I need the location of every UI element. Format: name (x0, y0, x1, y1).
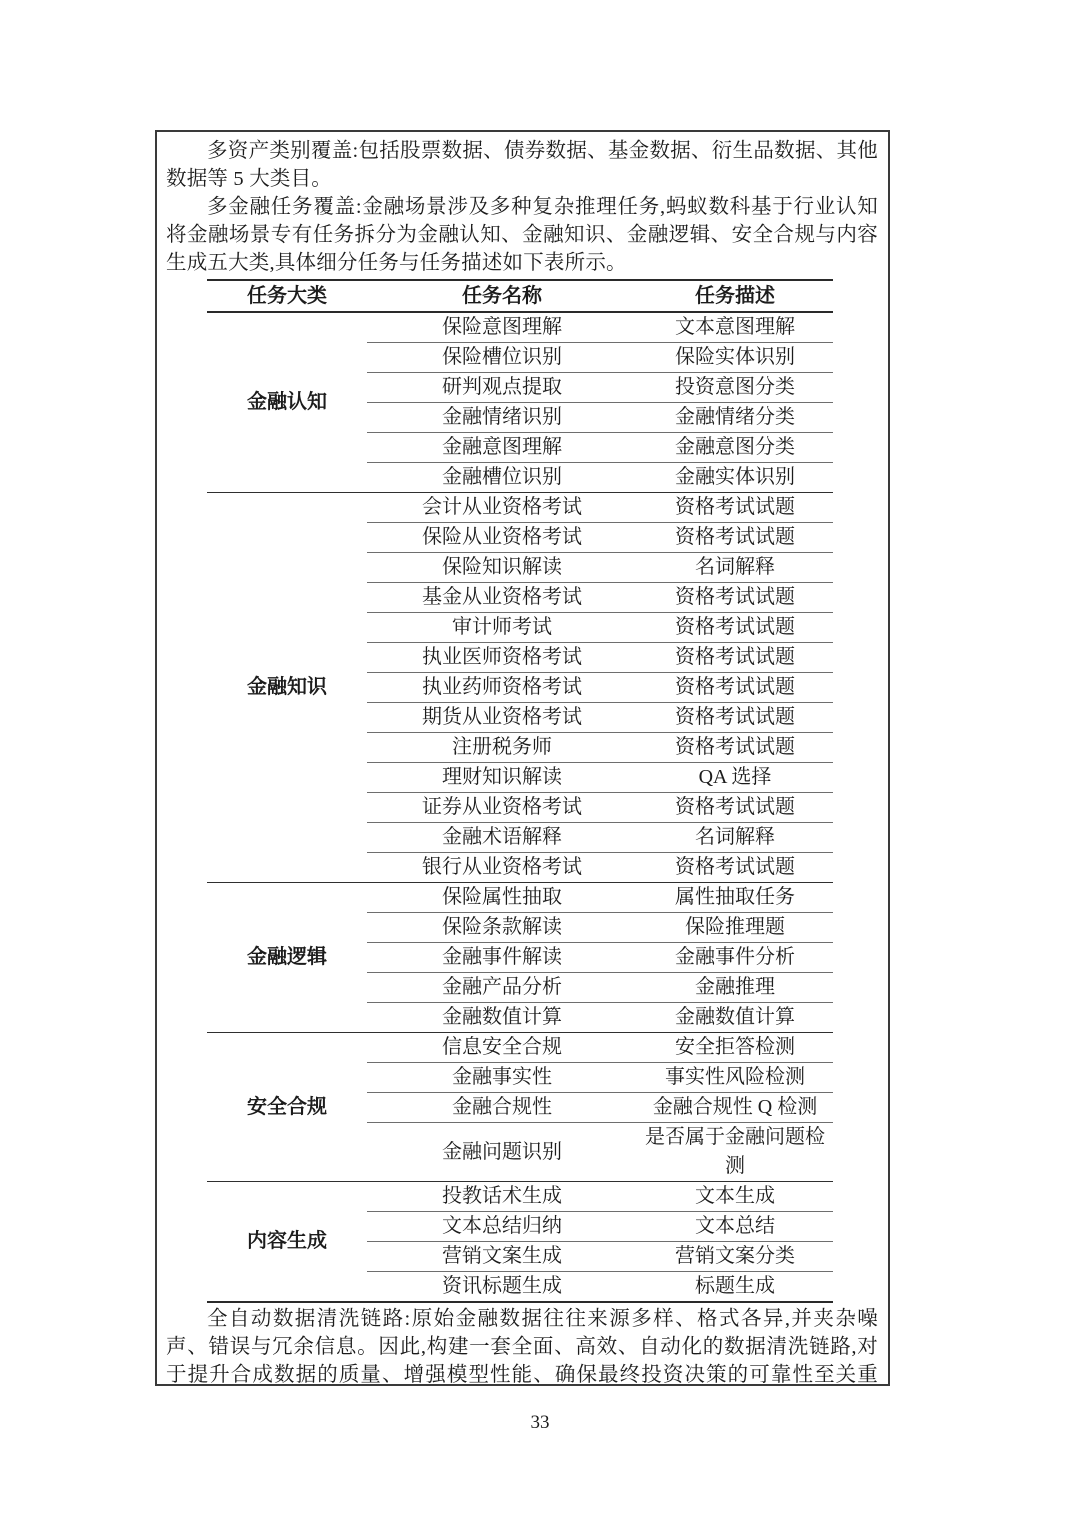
task-description-cell: 名词解释 (637, 823, 833, 853)
paragraph-lead: 全自动数据清洗链路: (207, 1308, 410, 1330)
task-name-cell: 保险槽位识别 (367, 343, 637, 373)
document-page: 多资产类别覆盖:包括股票数据、债券数据、基金数据、衍生品数据、其他数据等 5 大… (0, 0, 1080, 1526)
table-row: 内容生成投教话术生成文本生成 (207, 1182, 833, 1212)
task-name-cell: 证券从业资格考试 (367, 793, 637, 823)
task-description-cell: 资格考试试题 (637, 613, 833, 643)
table-header-row: 任务大类 任务名称 任务描述 (207, 280, 833, 312)
task-name-cell: 资讯标题生成 (367, 1272, 637, 1303)
task-description-cell: 资格考试试题 (637, 523, 833, 553)
task-description-cell: 资格考试试题 (637, 793, 833, 823)
paragraph-lead: 多资产类别覆盖: (207, 140, 358, 162)
task-name-cell: 文本总结归纳 (367, 1212, 637, 1242)
table-row: 安全合规信息安全合规安全拒答检测 (207, 1033, 833, 1063)
task-description-cell: 名词解释 (637, 553, 833, 583)
task-table: 任务大类 任务名称 任务描述 金融认知保险意图理解文本意图理解保险槽位识别保险实… (207, 279, 833, 1303)
task-name-cell: 金融产品分析 (367, 973, 637, 1003)
header-task-description: 任务描述 (637, 280, 833, 312)
task-category-cell: 金融知识 (207, 493, 367, 883)
table-row: 金融逻辑保险属性抽取属性抽取任务 (207, 883, 833, 913)
task-description-cell: 金融数值计算 (637, 1003, 833, 1033)
paragraph-task-coverage: 多金融任务覆盖:金融场景涉及多种复杂推理任务,蚂蚁数科基于行业认知将金融场景专有… (166, 193, 878, 277)
task-name-cell: 保险从业资格考试 (367, 523, 637, 553)
task-name-cell: 金融事件解读 (367, 943, 637, 973)
task-description-cell: 资格考试试题 (637, 703, 833, 733)
task-name-cell: 保险知识解读 (367, 553, 637, 583)
task-description-cell: 资格考试试题 (637, 583, 833, 613)
task-description-cell: 安全拒答检测 (637, 1033, 833, 1063)
task-description-cell: QA 选择 (637, 763, 833, 793)
task-name-cell: 金融意图理解 (367, 433, 637, 463)
task-description-cell: 营销文案分类 (637, 1242, 833, 1272)
task-name-cell: 信息安全合规 (367, 1033, 637, 1063)
task-description-cell: 金融实体识别 (637, 463, 833, 493)
paragraph-asset-coverage: 多资产类别覆盖:包括股票数据、债券数据、基金数据、衍生品数据、其他数据等 5 大… (166, 137, 878, 193)
task-description-cell: 标题生成 (637, 1272, 833, 1303)
task-description-cell: 资格考试试题 (637, 673, 833, 703)
task-name-cell: 基金从业资格考试 (367, 583, 637, 613)
header-task-name: 任务名称 (367, 280, 637, 312)
task-description-cell: 金融情绪分类 (637, 403, 833, 433)
task-name-cell: 执业药师资格考试 (367, 673, 637, 703)
table-row: 金融认知保险意图理解文本意图理解 (207, 312, 833, 343)
task-description-cell: 投资意图分类 (637, 373, 833, 403)
content-frame: 多资产类别覆盖:包括股票数据、债券数据、基金数据、衍生品数据、其他数据等 5 大… (155, 130, 890, 1386)
task-table-body: 金融认知保险意图理解文本意图理解保险槽位识别保险实体识别研判观点提取投资意图分类… (207, 312, 833, 1302)
task-category-cell: 安全合规 (207, 1033, 367, 1182)
task-name-cell: 保险属性抽取 (367, 883, 637, 913)
task-description-cell: 属性抽取任务 (637, 883, 833, 913)
task-description-cell: 是否属于金融问题检测 (637, 1123, 833, 1182)
task-name-cell: 金融事实性 (367, 1063, 637, 1093)
task-description-cell: 事实性风险检测 (637, 1063, 833, 1093)
task-name-cell: 研判观点提取 (367, 373, 637, 403)
task-category-cell: 内容生成 (207, 1182, 367, 1303)
table-row: 金融知识会计从业资格考试资格考试试题 (207, 493, 833, 523)
task-description-cell: 资格考试试题 (637, 733, 833, 763)
task-name-cell: 银行从业资格考试 (367, 853, 637, 883)
task-name-cell: 保险意图理解 (367, 312, 637, 343)
task-description-cell: 文本生成 (637, 1182, 833, 1212)
task-description-cell: 资格考试试题 (637, 493, 833, 523)
page-number: 33 (0, 1412, 1080, 1434)
task-name-cell: 执业医师资格考试 (367, 643, 637, 673)
paragraph-lead: 多金融任务覆盖: (207, 196, 362, 218)
task-name-cell: 金融合规性 (367, 1093, 637, 1123)
task-name-cell: 会计从业资格考试 (367, 493, 637, 523)
task-name-cell: 金融数值计算 (367, 1003, 637, 1033)
task-description-cell: 资格考试试题 (637, 853, 833, 883)
task-name-cell: 金融术语解释 (367, 823, 637, 853)
task-description-cell: 金融意图分类 (637, 433, 833, 463)
task-category-cell: 金融认知 (207, 312, 367, 493)
task-name-cell: 审计师考试 (367, 613, 637, 643)
task-description-cell: 保险推理题 (637, 913, 833, 943)
task-description-cell: 文本总结 (637, 1212, 833, 1242)
task-name-cell: 期货从业资格考试 (367, 703, 637, 733)
task-category-cell: 金融逻辑 (207, 883, 367, 1033)
task-name-cell: 金融槽位识别 (367, 463, 637, 493)
task-description-cell: 金融合规性 Q 检测 (637, 1093, 833, 1123)
task-name-cell: 保险条款解读 (367, 913, 637, 943)
header-task-category: 任务大类 (207, 280, 367, 312)
task-name-cell: 金融问题识别 (367, 1123, 637, 1182)
paragraph-data-cleaning: 全自动数据清洗链路:原始金融数据往往来源多样、格式各异,并夹杂噪声、错误与冗余信… (166, 1305, 878, 1386)
task-description-cell: 金融推理 (637, 973, 833, 1003)
task-name-cell: 投教话术生成 (367, 1182, 637, 1212)
task-name-cell: 营销文案生成 (367, 1242, 637, 1272)
task-description-cell: 文本意图理解 (637, 312, 833, 343)
task-name-cell: 注册税务师 (367, 733, 637, 763)
task-description-cell: 金融事件分析 (637, 943, 833, 973)
task-name-cell: 理财知识解读 (367, 763, 637, 793)
task-description-cell: 保险实体识别 (637, 343, 833, 373)
task-description-cell: 资格考试试题 (637, 643, 833, 673)
task-name-cell: 金融情绪识别 (367, 403, 637, 433)
